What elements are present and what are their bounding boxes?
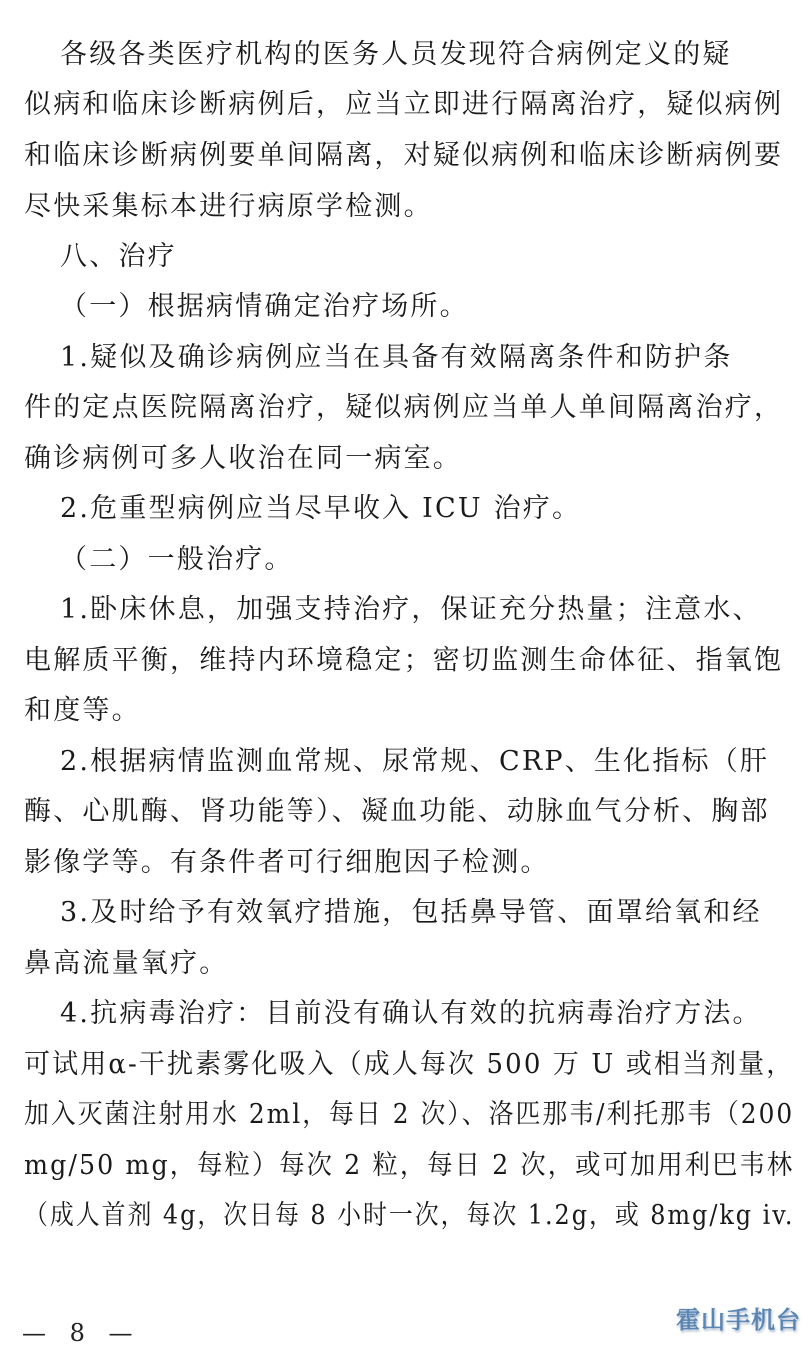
text-line: 确诊病例可多人收治在同一病室。 [24,442,794,476]
text-line: 2.根据病情监测血常规、尿常规、CRP、生化指标（肝 [60,745,794,779]
text-line: mg/50 mg，每粒）每次 2 粒，每日 2 次，或可加用利巴韦林 [24,1149,746,1183]
text-line: 件的定点医院隔离治疗，疑似病例应当单人单间隔离治疗， [24,391,794,425]
text-line: 影像学等。有条件者可行细胞因子检测。 [24,846,794,880]
subsection-heading: （二）一般治疗。 [60,543,794,577]
text-line: （成人首剂 4g，次日每 8 小时一次，每次 1.2g，或 8mg/kg iv. [24,1199,706,1233]
text-line: 1.卧床休息，加强支持治疗，保证充分热量；注意水、 [60,593,794,627]
watermark-logo: 霍山手机台 [676,1300,801,1335]
page-number: — 8 — [22,1318,141,1348]
text-line: 4.抗病毒治疗：目前没有确认有效的抗病毒治疗方法。 [60,997,794,1031]
text-line: 2.危重型病例应当尽早收入 ICU 治疗。 [60,492,794,526]
text-line: 似病和临床诊断病例后，应当立即进行隔离治疗，疑似病例 [24,88,794,122]
section-heading: 八、治疗 [60,240,794,274]
text-line: 3.及时给予有效氧疗措施，包括鼻导管、面罩给氧和经 [60,896,794,930]
text-line: 1.疑似及确诊病例应当在具备有效隔离条件和防护条 [60,341,794,375]
text-line: 电解质平衡，维持内环境稳定；密切监测生命体征、指氧饱 [24,644,794,678]
text-line: 尽快采集标本进行病原学检测。 [24,190,794,224]
subsection-heading: （一）根据病情确定治疗场所。 [60,290,794,324]
text-line: 和临床诊断病例要单间隔离，对疑似病例和临床诊断病例要 [24,139,794,173]
text-line: 可试用α-干扰素雾化吸入（成人每次 500 万 U 或相当剂量， [24,1048,765,1082]
text-line: 和度等。 [24,694,794,728]
text-line: 加入灭菌注射用水 2ml，每日 2 次）、洛匹那韦/利托那韦（200 [24,1098,732,1132]
text-line: 各级各类医疗机构的医务人员发现符合病例定义的疑 [60,38,794,72]
document-page: 各级各类医疗机构的医务人员发现符合病例定义的疑 似病和临床诊断病例后，应当立即进… [0,0,808,1356]
text-line: 酶、心肌酶、肾功能等）、凝血功能、动脉血气分析、胸部 [24,795,794,829]
text-line: 鼻高流量氧疗。 [24,947,794,981]
